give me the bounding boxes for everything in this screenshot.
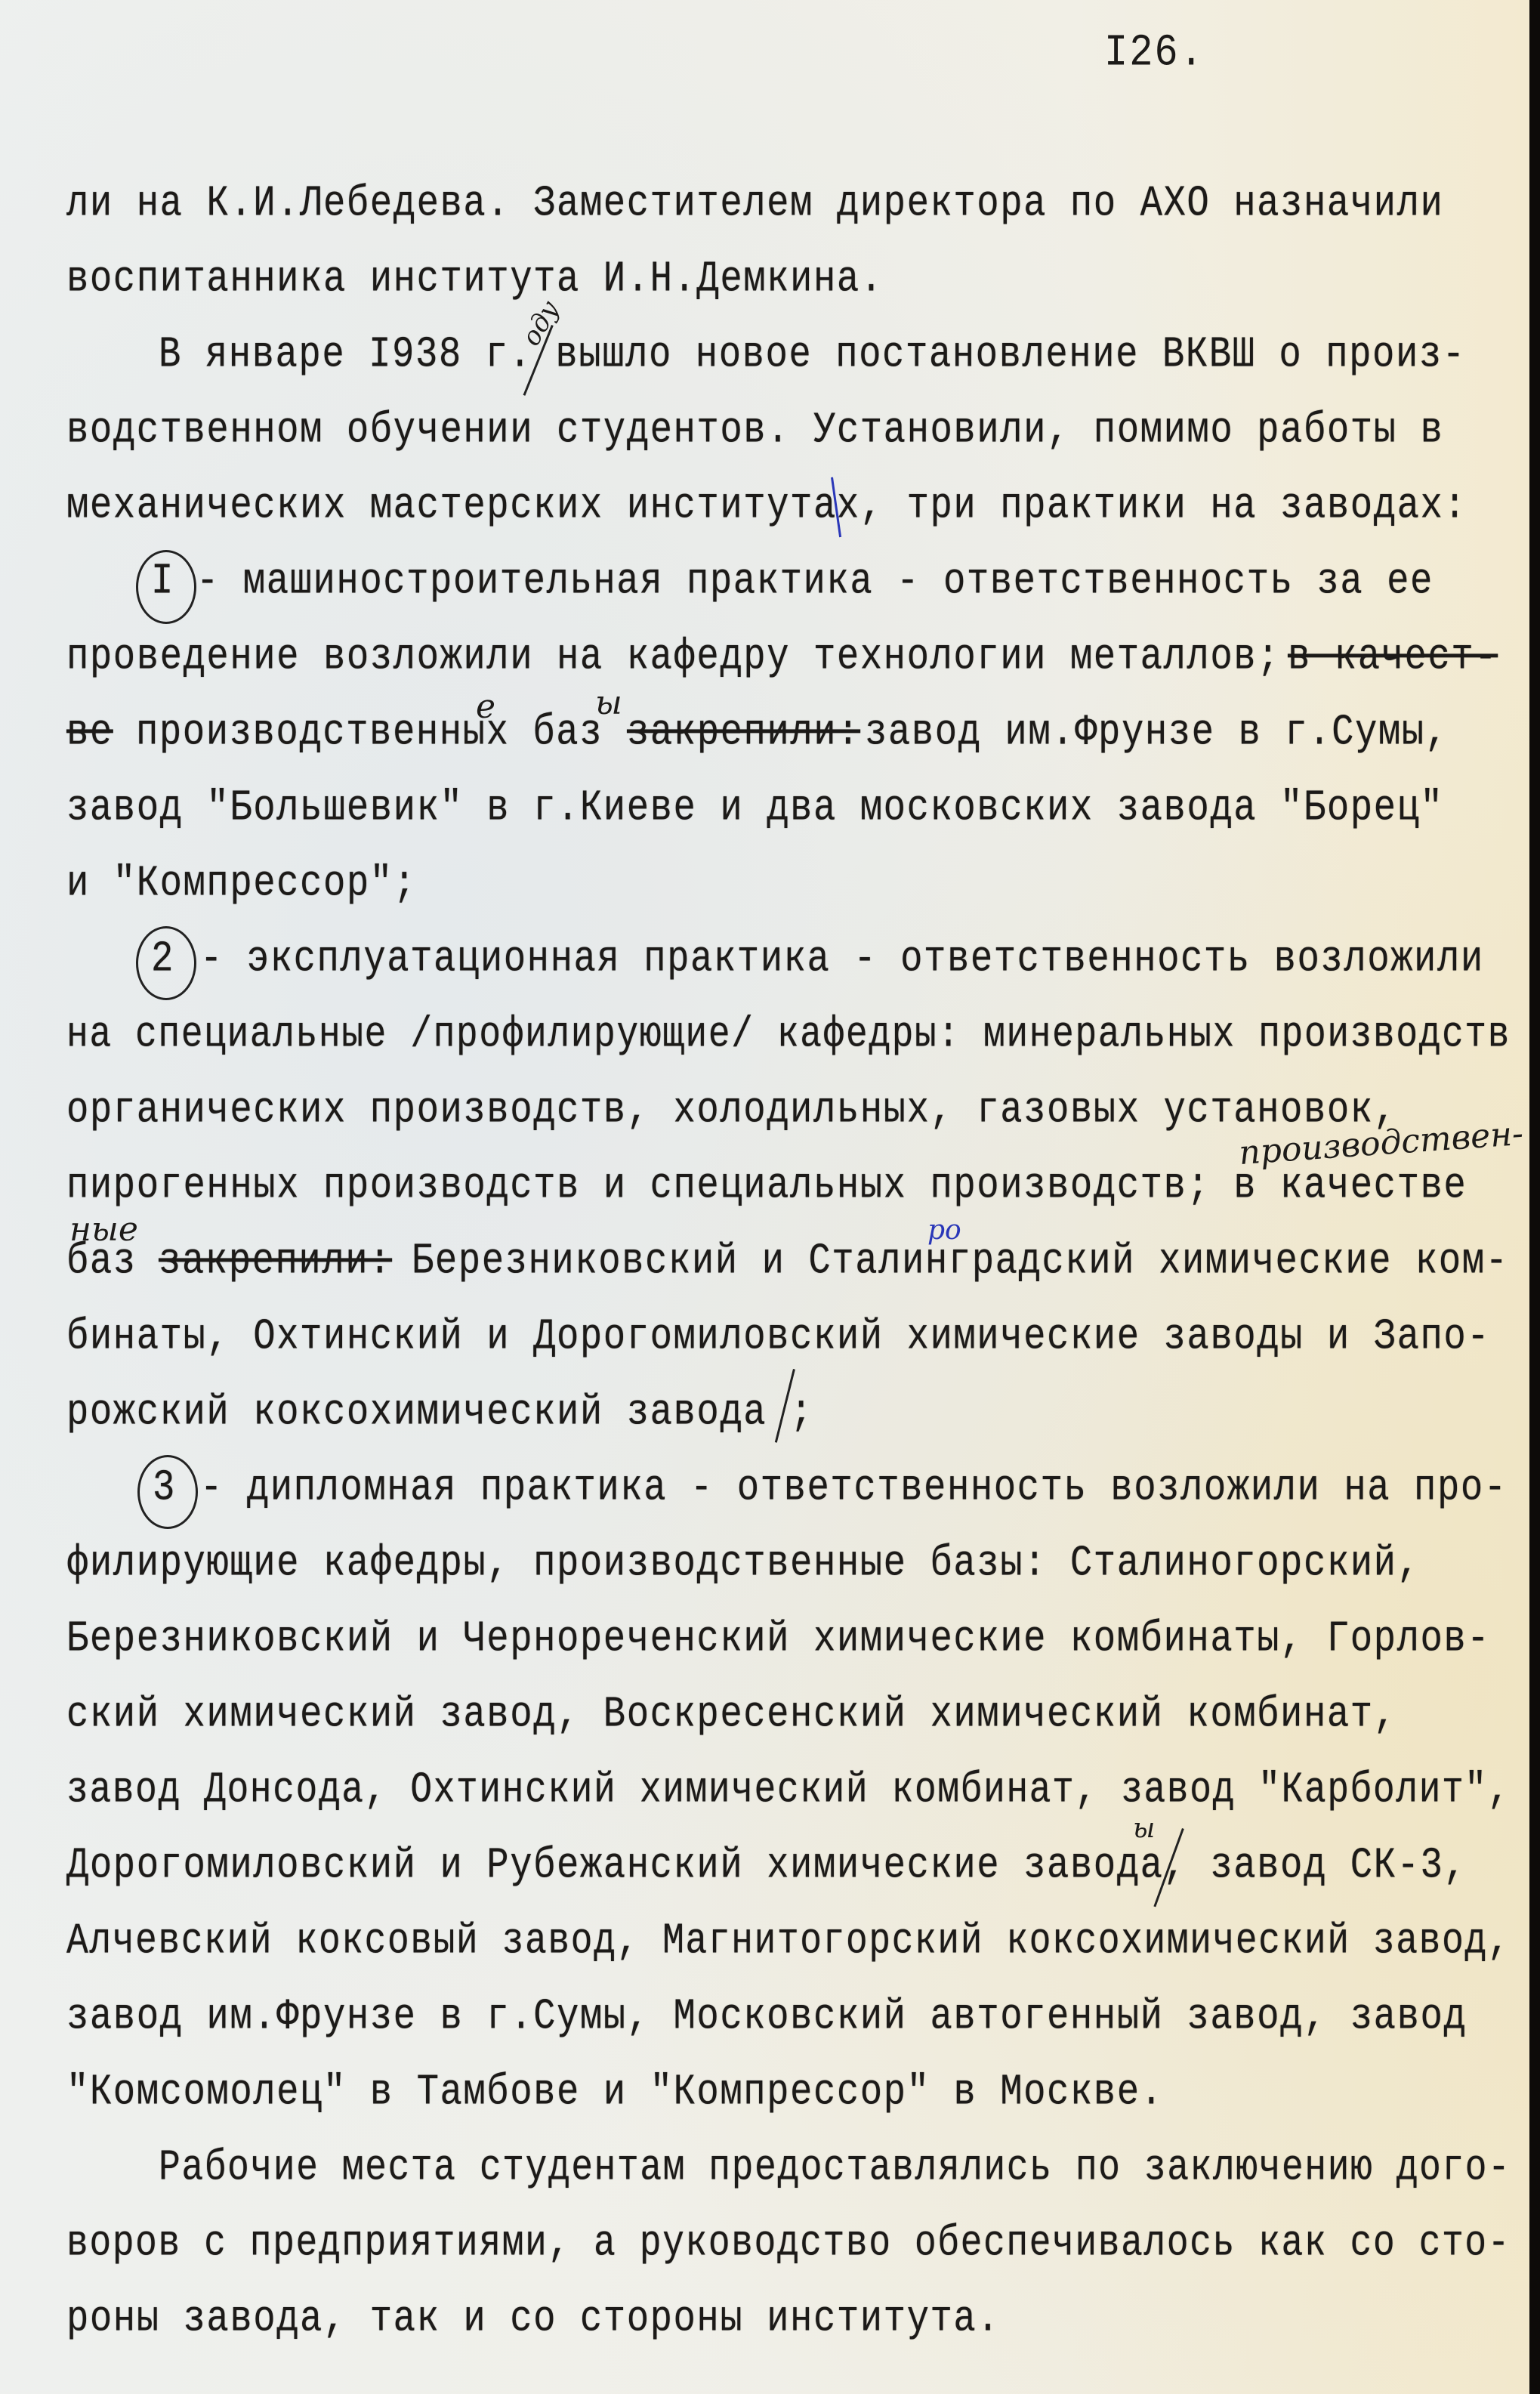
text-line: завод им.Фрунзе в г.Сумы, Московский авт… — [66, 1991, 1467, 2041]
text-line: Рабочие места студентам предоставлялись … — [159, 2142, 1511, 2192]
page-number: I26. — [1104, 27, 1205, 79]
struck-text: в качест- — [1288, 632, 1498, 681]
text-line: рожский коксохимический завода ; — [66, 1387, 813, 1437]
text-line: - машиностроительная практика - ответств… — [196, 556, 1434, 606]
handwritten-grad-correction: ро — [927, 1215, 961, 1246]
item-marker: I — [151, 556, 174, 606]
text-line: - дипломная практика - ответственность в… — [200, 1463, 1508, 1512]
text-line: бинаты, Охтинский и Дорогомиловский хими… — [66, 1311, 1490, 1361]
text-line: ли на К.И.Лебедева. Заместителем директо… — [66, 178, 1443, 228]
text-line: воров с предприятиями, а руководство обе… — [66, 2218, 1511, 2268]
text-line: филирующие кафедры, производственные баз… — [66, 1538, 1420, 1588]
handwritten-y: ы — [595, 684, 622, 722]
handwritten-nye: ные — [69, 1210, 138, 1249]
text-line: Дорогомиловский и Рубежанский химические… — [66, 1840, 1467, 1890]
text-line: В январе I938 г. вышло новое постановлен… — [159, 329, 1466, 379]
text-line: механических мастерских институтах, три … — [66, 480, 1467, 530]
text-line: проведение возложили на кафедру технолог… — [66, 632, 1280, 681]
text-line: Алчевский коксовый завод, Магнитогорский… — [66, 1916, 1511, 1966]
text-line: завод "Большевик" в г.Киеве и два москов… — [66, 783, 1443, 832]
text-line: органических производств, холодильных, г… — [66, 1085, 1397, 1135]
text-line: на специальные /профилирующие/ кафедры: … — [66, 1009, 1511, 1059]
text-line: Березниковский и Чернореченский химическ… — [66, 1614, 1490, 1663]
item-marker: 3 — [153, 1463, 176, 1512]
item-marker: 2 — [151, 934, 174, 984]
struck-text: закрепили: — [627, 707, 860, 757]
struck-text: закрепили: — [159, 1236, 392, 1286]
text-line: производственных баз — [136, 707, 603, 757]
handwritten-e: е — [476, 687, 495, 726]
text-line: - эксплуатационная практика - ответствен… — [200, 934, 1484, 984]
text-line: и "Компрессор"; — [66, 858, 417, 908]
text-line: завод им.Фрунзе в г.Сумы, — [865, 707, 1449, 757]
struck-text: ве — [66, 707, 113, 757]
text-line: воспитанника института И.Н.Демкина. — [66, 254, 884, 304]
text-line: ский химический завод, Воскресенский хим… — [66, 1689, 1397, 1739]
text-line: роны завода, так и со стороны института. — [66, 2294, 1000, 2343]
text-line: завод Донсода, Охтинский химический комб… — [66, 1765, 1511, 1815]
handwritten-zavody-correction: ы — [1133, 1813, 1155, 1844]
text-line: "Комсомолец" в Тамбове и "Компрессор" в … — [66, 2067, 1164, 2117]
scan-edge — [1529, 0, 1540, 2394]
text-line: водственном обучении студентов. Установи… — [66, 405, 1443, 455]
